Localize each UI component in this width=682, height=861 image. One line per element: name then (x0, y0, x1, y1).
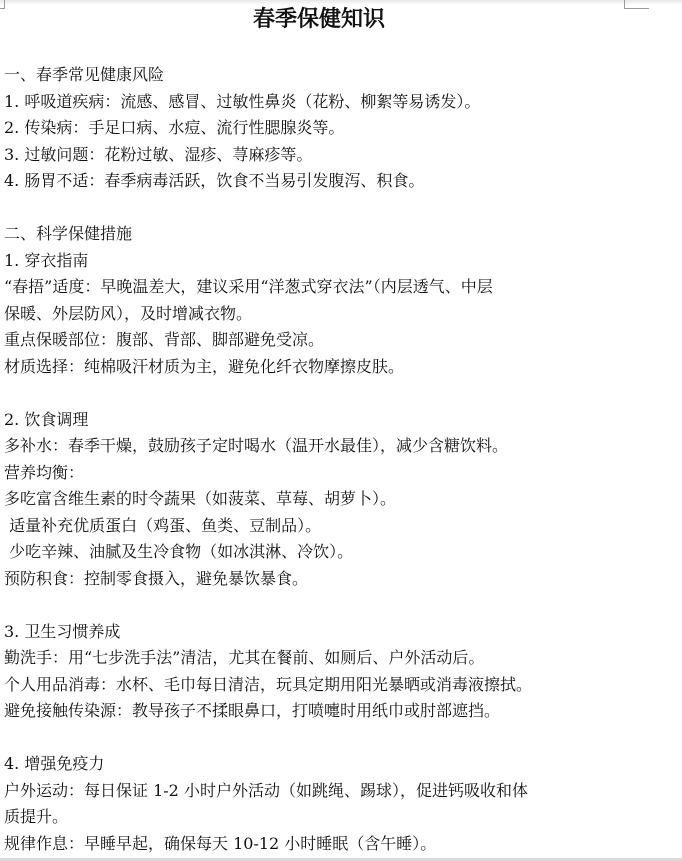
paragraph-line: 材质选择：纯棉吸汗材质为主，避免化纤衣物摩擦皮肤。 (4, 354, 680, 381)
risk-item: 3. 过敏问题：花粉过敏、湿疹、荨麻疹等。 (4, 142, 680, 169)
paragraph-line: 勤洗手：用“七步洗手法”清洁，尤其在餐前、如厕后、户外活动后。 (4, 645, 680, 672)
paragraph-line: 多吃富含维生素的时令蔬果（如菠菜、草莓、胡萝卜）。 (4, 486, 680, 513)
blank-line (4, 195, 680, 222)
paragraph-line: 质提升。 (4, 804, 680, 831)
paragraph-line: 保暖、外层防风），及时增减衣物。 (4, 301, 680, 328)
subsection-heading: 1. 穿衣指南 (4, 248, 680, 275)
paragraph-line: 个人用品消毒：水杯、毛巾每日清洁，玩具定期用阳光暴晒或消毒液擦拭。 (4, 672, 680, 699)
section-heading: 一、春季常见健康风险 (4, 62, 680, 89)
paragraph-line: 避免接触传染源：教导孩子不揉眼鼻口，打喷嚏时用纸巾或肘部遮挡。 (4, 698, 680, 725)
subsection-heading: 4. 增强免疫力 (4, 751, 680, 778)
subsection-heading: 3. 卫生习惯养成 (4, 619, 680, 646)
section-heading: 二、科学保健措施 (4, 221, 680, 248)
paragraph-line: 少吃辛辣、油腻及生冷食物（如冰淇淋、冷饮）。 (4, 539, 680, 566)
paragraph-line: 多补水：春季干燥，鼓励孩子定时喝水（温开水最佳），减少含糖饮料。 (4, 433, 680, 460)
paragraph-line: 规律作息：早睡早起，确保每天 10-12 小时睡眠（含午睡）。 (4, 831, 680, 858)
document-body: 一、春季常见健康风险 1. 呼吸道疾病：流感、感冒、过敏性鼻炎（花粉、柳絮等易诱… (4, 62, 680, 857)
risk-item: 4. 肠胃不适：春季病毒活跃，饮食不当易引发腹泻、积食。 (4, 168, 680, 195)
risk-item: 1. 呼吸道疾病：流感、感冒、过敏性鼻炎（花粉、柳絮等易诱发）。 (4, 89, 680, 116)
subsection-heading: 2. 饮食调理 (4, 407, 680, 434)
document-title: 春季保健知识 (4, 4, 634, 34)
blank-line (4, 725, 680, 752)
paragraph-line: 户外运动：每日保证 1-2 小时户外活动（如跳绳、踢球），促进钙吸收和体 (4, 778, 680, 805)
paragraph-line: 重点保暖部位：腹部、背部、脚部避免受凉。 (4, 327, 680, 354)
paragraph-line: 预防积食：控制零食摄入，避免暴饮暴食。 (4, 566, 680, 593)
risk-item: 2. 传染病：手足口病、水痘、流行性腮腺炎等。 (4, 115, 680, 142)
paragraph-line: 营养均衡： (4, 460, 680, 487)
blank-line (4, 592, 680, 619)
paragraph-line: 适量补充优质蛋白（鸡蛋、鱼类、豆制品）。 (4, 513, 680, 540)
blank-line (4, 380, 680, 407)
paragraph-line: “春捂”适度：早晚温差大，建议采用“洋葱式穿衣法”（内层透气、中层 (4, 274, 680, 301)
